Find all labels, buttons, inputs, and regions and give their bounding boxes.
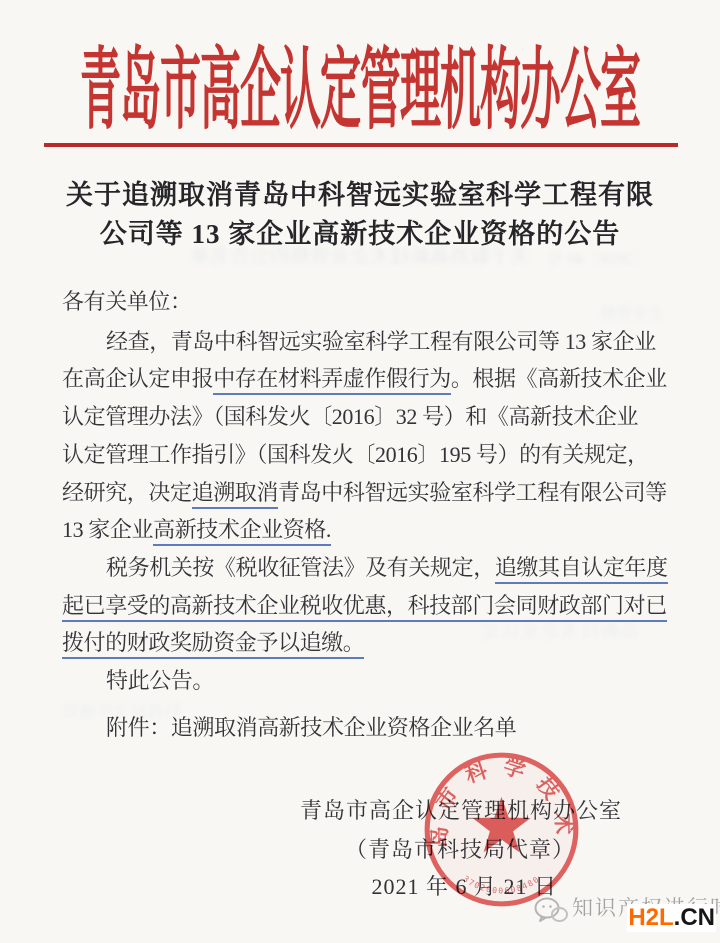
- document-title: 关于追溯取消青岛中科智远实验室科学工程有限 公司等 13 家企业高新技术企业资格…: [0, 176, 720, 254]
- body-text: 青岛中科智远实验室科学工程有限公司等: [278, 480, 667, 505]
- watermark-site-name: H2L: [628, 904, 673, 931]
- document-title-line2: 公司等 13 家企业高新技术企业资格的公告: [0, 215, 720, 254]
- body-line: 税务机关按《税收征管法》及有关规定，追缴其自认定年度: [62, 549, 660, 587]
- body-text: 税务机关按《税收征管法》及有关规定，: [106, 555, 495, 580]
- body-text: 认定管理办法》（国科发火〔2016〕32 号）和《高新技术企业: [62, 404, 638, 429]
- attachment-line: 附件：追溯取消高新技术企业资格企业名单: [62, 709, 660, 747]
- underlined-text: 追溯取消: [192, 480, 278, 509]
- watermark-site-tld: .CN: [674, 904, 715, 931]
- body-line: 在高企认定申报中存在材料弄虚作假行为。根据《高新技术企业: [62, 360, 660, 398]
- body-text: 。根据《高新技术企业: [451, 366, 667, 391]
- body-text: 在高企认定申报: [62, 366, 213, 391]
- salutation: 各有关单位：: [62, 283, 660, 321]
- body-text: 认定管理工作指引》（国科发火〔2016〕195 号）的有关规定，: [62, 442, 649, 467]
- body-line: 经研究，决定追溯取消青岛中科智远实验室科学工程有限公司等: [62, 474, 660, 512]
- body-line: 经查，青岛中科智远实验室科学工程有限公司等 13 家企业: [62, 323, 660, 361]
- document-body: 各有关单位： 经查，青岛中科智远实验室科学工程有限公司等 13 家企业在高企认定…: [62, 283, 660, 746]
- body-line: 特此公告。: [62, 662, 660, 700]
- body-line: 认定管理办法》（国科发火〔2016〕32 号）和《高新技术企业: [62, 398, 660, 436]
- document-title-line1: 关于追溯取消青岛中科智远实验室科学工程有限: [0, 176, 720, 215]
- body-line: 认定管理工作指引》（国科发火〔2016〕195 号）的有关规定，: [62, 436, 660, 474]
- letterhead-divider: [44, 143, 678, 147]
- underlined-text: 起已享受的高新技术企业税收优惠，科技部门会同财政部门对已: [62, 593, 667, 622]
- body-line: 13 家企业高新技术企业资格.: [62, 511, 660, 549]
- body-text: 特此公告。: [106, 668, 214, 693]
- body-text: 13 家企业: [62, 517, 153, 542]
- underlined-text: 高新技术企业资格.: [153, 517, 331, 546]
- body-text: 经查，青岛中科智远实验室科学工程有限公司等 13 家企业: [106, 329, 656, 354]
- body-paragraphs: 经查，青岛中科智远实验室科学工程有限公司等 13 家企业在高企认定申报中存在材料…: [62, 323, 660, 700]
- watermark-site: H2L.CN: [627, 904, 716, 932]
- body-line: 拨付的财政奖励资金予以追缴。: [62, 624, 660, 662]
- underlined-text: 中存在材料弄虚作假行为: [213, 366, 451, 395]
- body-text: 经研究，决定: [62, 480, 192, 505]
- watermark: 知识产权进行时 H2L.CN: [528, 886, 718, 938]
- underlined-text: 拨付的财政奖励资金予以追缴。: [62, 630, 364, 659]
- document-page: 青岛市高企认定管理机构办公室 关于取消高新技术企业资格的公告名单 〔2016〕4…: [0, 0, 720, 943]
- wechat-icon: [534, 896, 568, 926]
- underlined-text: 追缴其自认定年度: [495, 555, 668, 584]
- body-line: 起已享受的高新技术企业税收优惠，科技部门会同财政部门对已: [62, 587, 660, 625]
